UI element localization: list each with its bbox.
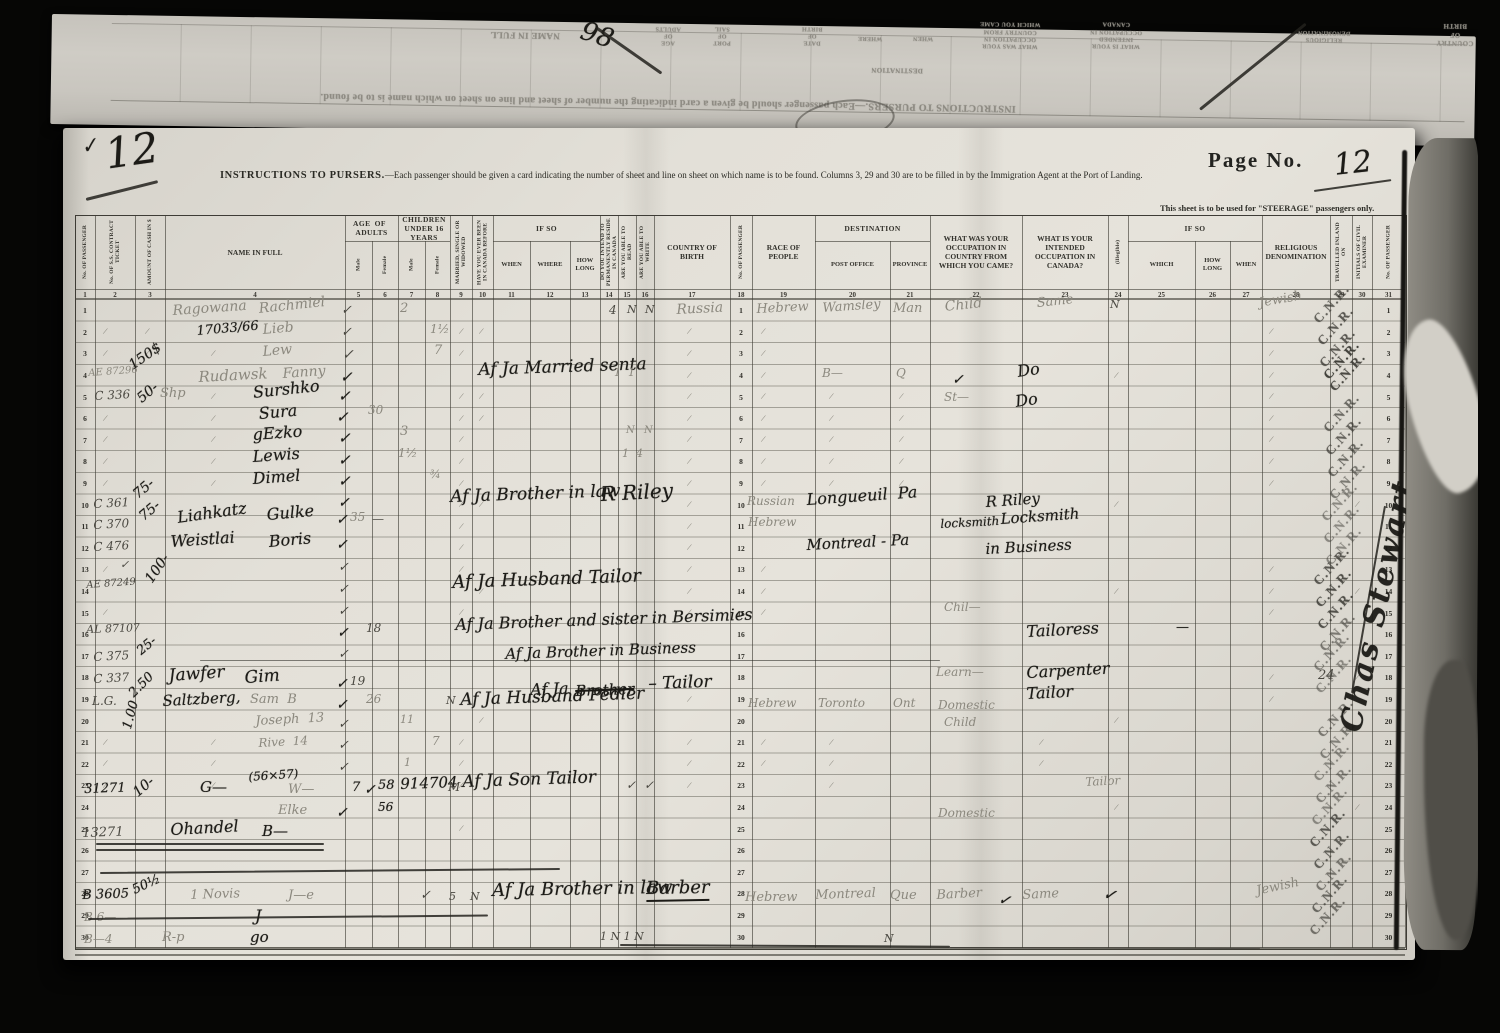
pen-stroke: [1351, 506, 1386, 693]
pen-stroke: [88, 915, 488, 920]
pen-stroke: [96, 849, 324, 851]
microfilm-scan: NAME IN FULLAGE OF ADULTSPORT OF SAILDAT…: [0, 0, 1500, 1033]
pen-stroke: [1314, 179, 1392, 192]
pen-stroke: [595, 26, 662, 74]
pen-stroke: [100, 868, 560, 874]
pen-stroke: [86, 180, 159, 201]
pen-stroke: [620, 944, 950, 948]
pen-stroke: [1199, 23, 1307, 111]
pen-stroke: [950, 947, 1260, 949]
pen-stroke: [96, 843, 324, 845]
pen-stroke: [200, 660, 940, 661]
ink-strokes: [0, 0, 1500, 1033]
film-black-margin: [1478, 0, 1500, 1033]
